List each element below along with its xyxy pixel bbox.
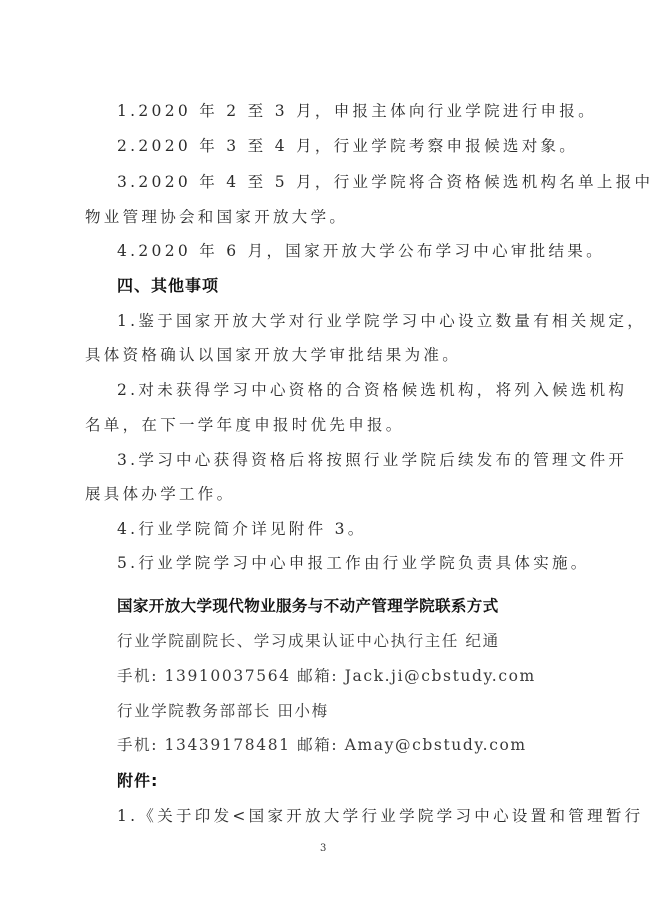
contact-1-role: 行业学院副院长、学习成果认证中心执行主任 纪通: [117, 631, 500, 651]
contact-1-phone-email: 手机: 13910037564 邮箱: Jack.ji@cbstudy.com: [117, 666, 536, 686]
schedule-item-3-continued: 物业管理协会和国家开放大学。: [85, 207, 348, 227]
schedule-item-2: 2.2020 年 3 至 4 月，行业学院考察申报候选对象。: [117, 136, 578, 156]
contact-2-role: 行业学院教务部部长 田小梅: [117, 701, 329, 721]
other-item-2: 2.对未获得学习中心资格的合资格候选机构，将列入候选机构: [117, 380, 627, 400]
contacts-title: 国家开放大学现代物业服务与不动产管理学院联系方式: [117, 596, 499, 616]
other-item-3: 3.学习中心获得资格后将按照行业学院后续发布的管理文件开: [117, 450, 627, 470]
other-item-1-continued: 具体资格确认以国家开放大学审批结果为准。: [85, 345, 461, 365]
contact-2-phone-email: 手机: 13439178481 邮箱: Amay@cbstudy.com: [117, 735, 527, 755]
section-heading-other-matters: 四、其他事项: [117, 276, 219, 296]
page-number: 3: [320, 843, 326, 854]
schedule-item-3: 3.2020 年 4 至 5 月，行业学院将合资格候选机构名单上报中国: [117, 172, 650, 192]
document-page: 1.2020 年 2 至 3 月，申报主体向行业学院进行申报。 2.2020 年…: [0, 0, 650, 920]
schedule-item-1: 1.2020 年 2 至 3 月，申报主体向行业学院进行申报。: [117, 101, 597, 121]
schedule-item-4: 4.2020 年 6 月，国家开放大学公布学习中心审批结果。: [117, 241, 605, 261]
other-item-5: 5.行业学院学习中心申报工作由行业学院负责具体实施。: [117, 553, 590, 573]
attachment-item-1: 1.《关于印发<国家开放大学行业学院学习中心设置和管理暂行: [117, 806, 643, 826]
attachments-heading: 附件:: [117, 771, 158, 791]
other-item-4: 4.行业学院简介详见附件 3。: [117, 519, 367, 539]
other-item-1: 1.鉴于国家开放大学对行业学院学习中心设立数量有相关规定，: [117, 311, 646, 331]
other-item-3-continued: 展具体办学工作。: [85, 484, 235, 504]
other-item-2-continued: 名单，在下一学年度申报时优先申报。: [85, 415, 405, 435]
